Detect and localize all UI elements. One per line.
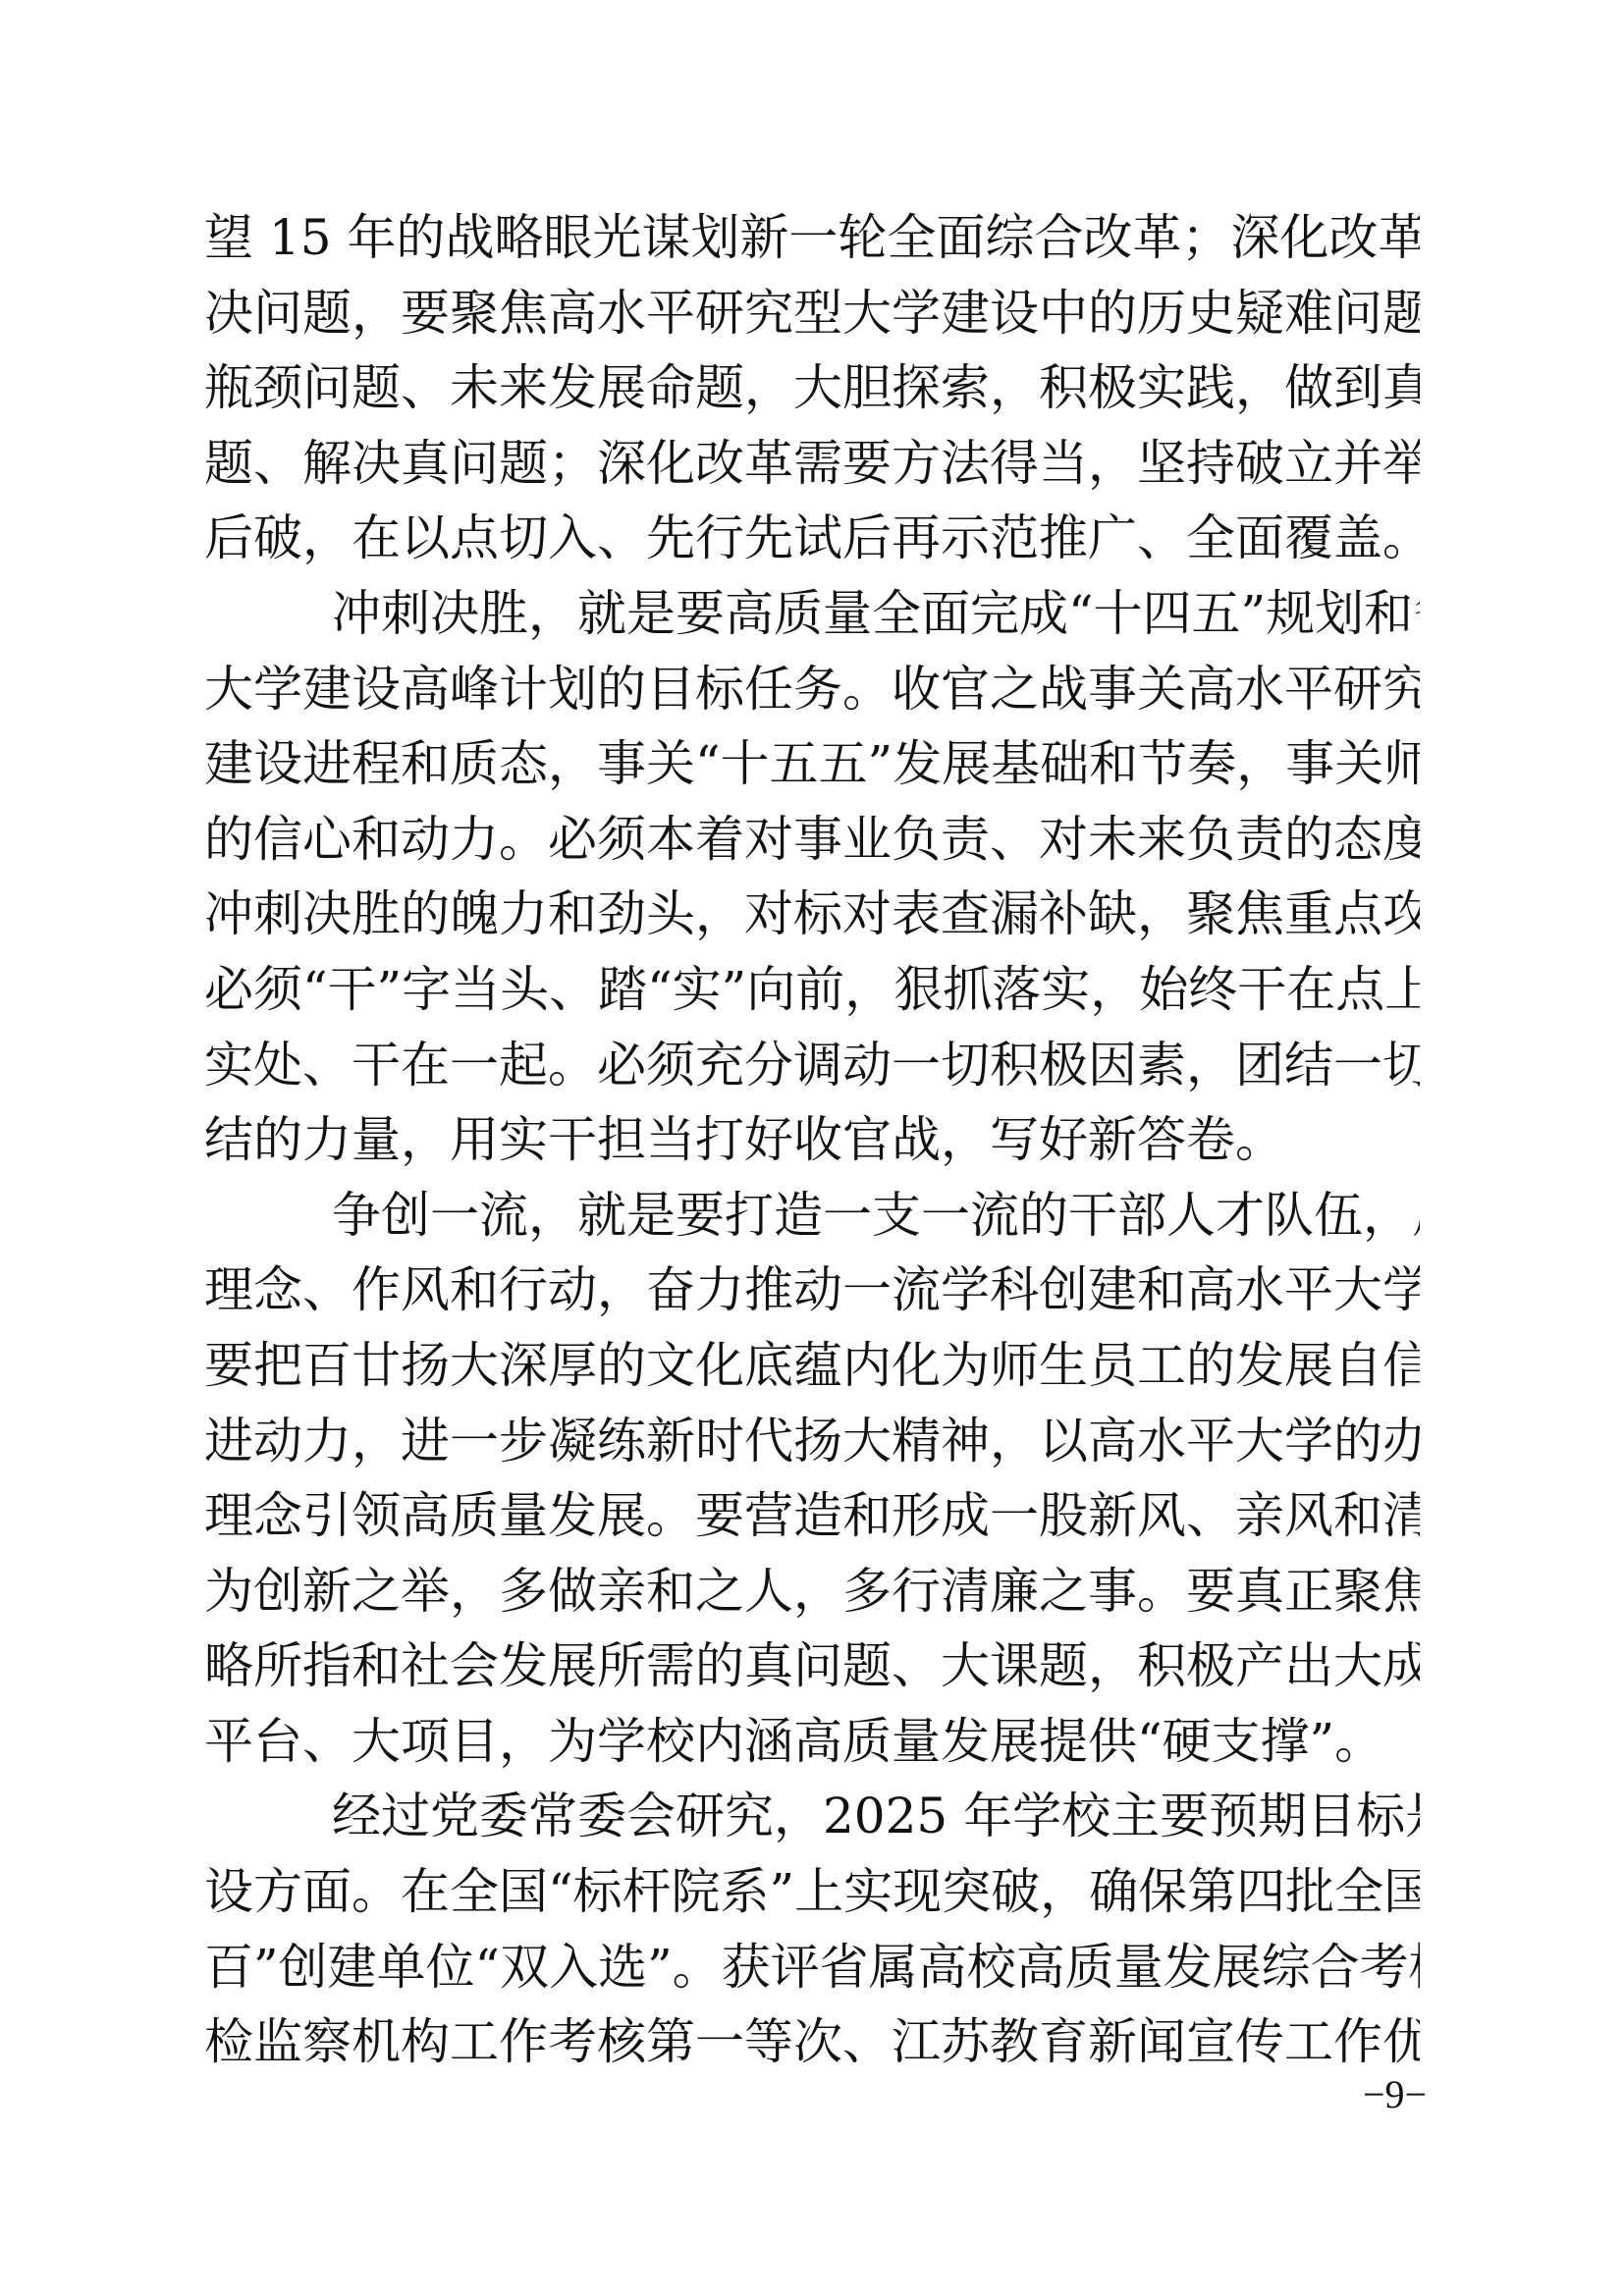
text-line: 的信心和动力。必须本着对事业负责、对未来负责的态度，拿出 [204, 802, 1420, 878]
text-line: 为创新之举，多做亲和之人，多行清廉之事。要真正聚焦国家战 [204, 1554, 1420, 1629]
paragraph-start-line: 争创一流，就是要打造一支一流的干部人才队伍，用一流的 [204, 1178, 1420, 1254]
text-line: 百”创建单位“双入选”。获评省属高校高质量发展综合考核和省纪 [204, 1930, 1420, 2005]
text-line: 要把百廿扬大深厚的文化底蕴内化为师生员工的发展自信和前 [204, 1328, 1420, 1404]
text-line: 必须“干”字当头、踏“实”向前，狠抓落实，始终干在点上、干在 [204, 952, 1420, 1028]
paragraph-start-line: 经过党委常委会研究，2025 年学校主要预期目标是：党的建 [204, 1779, 1420, 1854]
body-text: 望 15 年的战略眼光谋划新一轮全面综合改革；深化改革重在解 决问题，要聚焦高水… [204, 200, 1420, 2080]
text-line: 理念、作风和行动，奋力推动一流学科创建和高水平大学建设。 [204, 1253, 1420, 1328]
text-line: 望 15 年的战略眼光谋划新一轮全面综合改革；深化改革重在解 [204, 200, 1420, 276]
page-number: −9− [1363, 2073, 1426, 2116]
text-line: 进动力，进一步凝练新时代扬大精神，以高水平大学的办学治校 [204, 1404, 1420, 1479]
text-line: 实处、干在一起。必须充分调动一切积极因素，团结一切可以团 [204, 1028, 1420, 1103]
text-line: 决问题，要聚焦高水平研究型大学建设中的历史疑难问题、现实 [204, 276, 1420, 351]
paragraph-start-line: 冲刺决胜，就是要高质量全面完成“十四五”规划和省高水平 [204, 576, 1420, 652]
text-line: 检监察机构工作考核第一等次、江苏教育新闻宣传工作优秀单 [204, 2004, 1420, 2080]
text-line: 略所指和社会发展所需的真问题、大课题，积极产出大成果、大 [204, 1629, 1420, 1704]
text-line: 题、解决真问题；深化改革需要方法得当，坚持破立并举、先立 [204, 426, 1420, 502]
text-line: 设方面。在全国“标杆院系”上实现突破，确保第四批全国高校“双 [204, 1854, 1420, 1930]
text-line: 冲刺决胜的魄力和劲头，对标对表查漏补缺，聚焦重点攻坚突破。 [204, 877, 1420, 952]
text-line: 后破，在以点切入、先行先试后再示范推广、全面覆盖。 [204, 501, 1420, 576]
text-line: 瓶颈问题、未来发展命题，大胆探索，积极实践，做到真解决问 [204, 350, 1420, 426]
text-line: 大学建设高峰计划的目标任务。收官之战事关高水平研究型大学 [204, 652, 1420, 727]
document-page: 望 15 年的战略眼光谋划新一轮全面综合改革；深化改革重在解 决问题，要聚焦高水… [0, 0, 1624, 2296]
text-line: 平台、大项目，为学校内涵高质量发展提供“硬支撑”。 [204, 1704, 1420, 1780]
text-line: 结的力量，用实干担当打好收官战，写好新答卷。 [204, 1102, 1420, 1178]
text-line: 建设进程和质态，事关“十五五”发展基础和节奏，事关师生员工 [204, 726, 1420, 802]
text-line: 理念引领高质量发展。要营造和形成一股新风、亲风和清风，多 [204, 1478, 1420, 1554]
